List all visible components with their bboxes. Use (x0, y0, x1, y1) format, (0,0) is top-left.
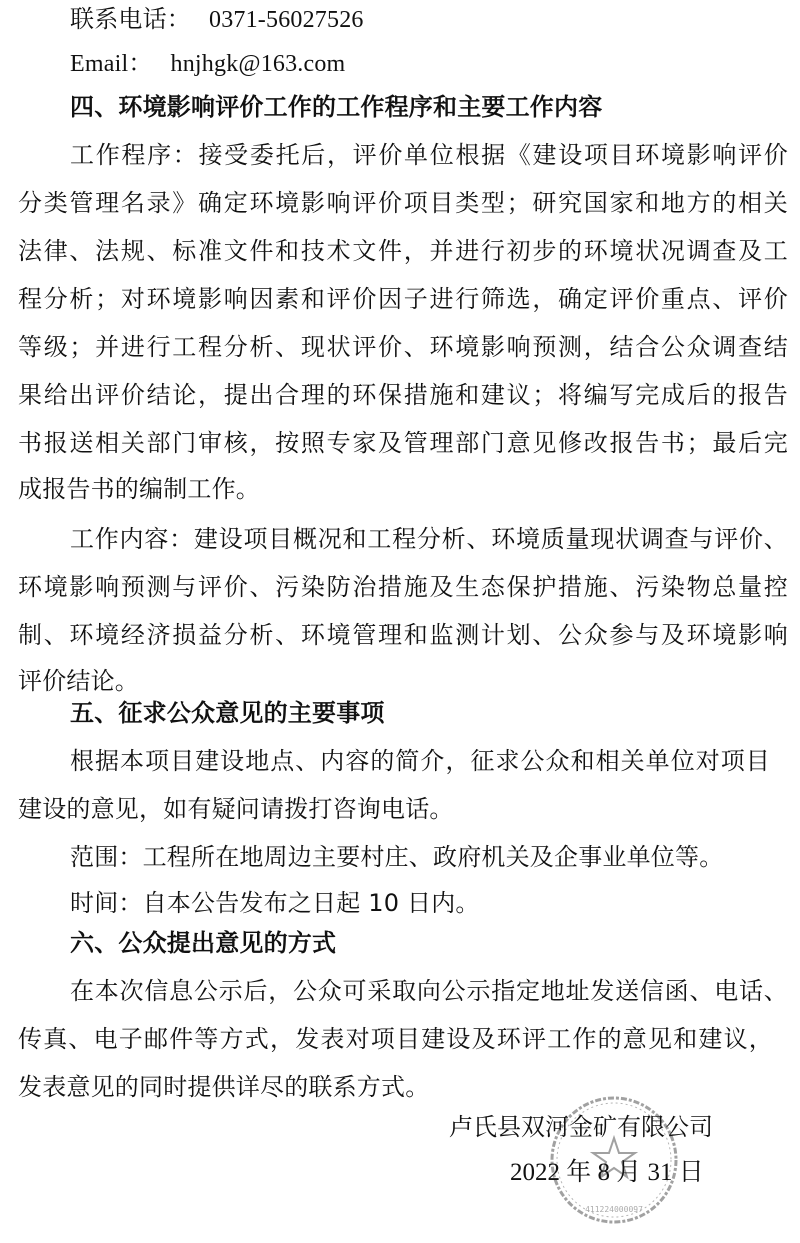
phone-label: 联系电话： (70, 4, 191, 34)
svg-text:411224000097: 411224000097 (585, 1205, 643, 1214)
intro-line: 建设的意见，如有疑问请拨打咨询电话。 (18, 794, 788, 824)
procedure-line: 程分析；对环境影响因素和评价因子进行筛选，确定评价重点、评价 (18, 284, 788, 314)
phone-value: 0371-56027526 (209, 5, 364, 35)
email-value: hnjhgk@163.com (171, 49, 346, 79)
contact-email: Email：hnjhgk@163.com (70, 48, 800, 79)
contact-phone: 联系电话：0371-56027526 (70, 4, 800, 35)
procedure-line: 书报送相关部门审核，按照专家及管理部门意见修改报告书；最后完 (18, 428, 788, 458)
method-line: 传真、电子邮件等方式，发表对项目建设及环评工作的意见和建议， (18, 1024, 773, 1054)
content-line: 环境影响预测与评价、污染防治措施及生态保护措施、污染物总量控 (18, 572, 788, 602)
procedure-line: 等级；并进行工程分析、现状评价、环境影响预测，结合公众调查结 (18, 332, 788, 362)
section-6-heading: 六、公众提出意见的方式 (70, 928, 800, 958)
intro-line: 根据本项目建设地点、内容的简介，征求公众和相关单位对项目 (70, 746, 770, 776)
scope-text: 范围：工程所在地周边主要村庄、政府机关及企事业单位等。 (70, 842, 800, 872)
company-name: 卢氏县双河金矿有限公司 (449, 1112, 713, 1142)
content-line: 工作内容：建设项目概况和工程分析、环境质量现状调查与评价、 (70, 524, 788, 554)
procedure-line: 工作程序：接受委托后，评价单位根据《建设项目环境影响评价 (70, 140, 788, 170)
document-page: 联系电话：0371-56027526 Email：hnjhgk@163.com … (0, 0, 800, 1243)
procedure-line: 分类管理名录》确定环境影响评价项目类型；研究国家和地方的相关 (18, 188, 788, 218)
procedure-line: 果给出评价结论，提出合理的环保措施和建议；将编写完成后的报告 (18, 380, 788, 410)
section-4-heading: 四、环境影响评价工作的工作程序和主要工作内容 (70, 92, 800, 122)
content-line: 制、环境经济损益分析、环境管理和监测计划、公众参与及环境影响 (18, 620, 788, 650)
method-line: 在本次信息公示后，公众可采取向公示指定地址发送信函、电话、 (70, 976, 788, 1006)
time-text: 时间：自本公告发布之日起 10 日内。 (70, 888, 800, 918)
email-label: Email： (70, 49, 153, 79)
procedure-line: 法律、法规、标准文件和技术文件，并进行初步的环境状况调查及工 (18, 236, 788, 266)
section-5-heading: 五、征求公众意见的主要事项 (70, 698, 800, 728)
content-line: 评价结论。 (18, 666, 788, 696)
procedure-line: 成报告书的编制工作。 (18, 474, 788, 504)
signature-date: 2022 年 8 月 31 日 (510, 1158, 704, 1188)
